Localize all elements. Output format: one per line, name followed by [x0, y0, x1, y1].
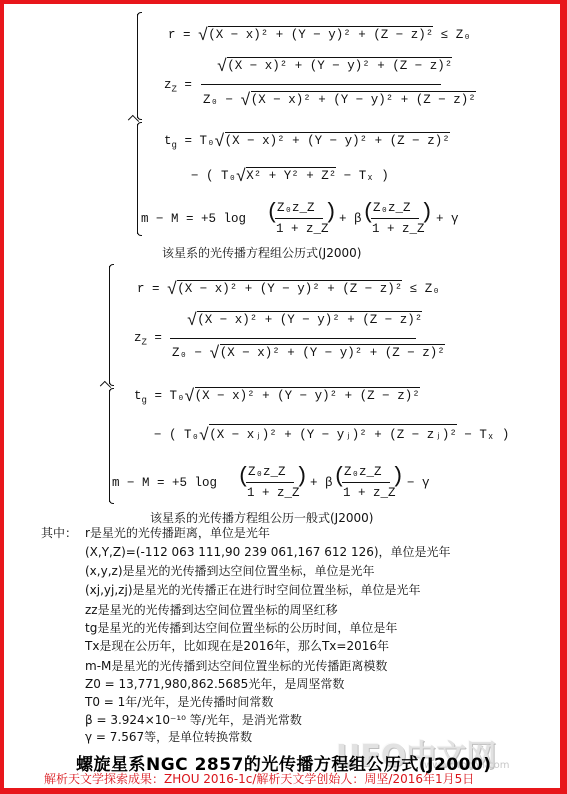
eq1-tg: tg = T₀√(X − x)² + (Y − y)² + (Z − z)²	[164, 132, 450, 152]
eq1-frac1-den: 1 + z_Z	[276, 222, 329, 236]
eq1-r: r = √(X − x)² + (Y − y)² + (Z − z)² ≤ Z₀	[168, 26, 471, 46]
left-brace-bottom	[109, 390, 110, 502]
left-brace-top	[137, 14, 138, 118]
eq2-zz-lhs: zZ =	[134, 331, 162, 348]
definition-item: zz是星光的光传播到达空间位置坐标的周坚红移	[85, 602, 338, 619]
definition-item: β = 3.924×10⁻¹⁰ 等/光年，是消光常数	[85, 712, 302, 729]
eq2-zz-numerator: √(X − x)² + (Y − y)² + (Z − z)²	[187, 311, 422, 331]
eq1-frac2-den: 1 + z_Z	[372, 222, 425, 236]
eq1-zz-fraction-bar	[201, 84, 441, 85]
credit-line: 解析天文学探索成果：ZHOU 2016-1c/解析天文学创始人：周坚/2016年…	[44, 770, 474, 787]
left-brace-top	[109, 266, 110, 384]
system2-caption: 该星系的光传播方程组公历一般式(J2000)	[150, 509, 373, 526]
eq2-frac1-num: Z₀z_Z	[248, 465, 286, 479]
document-page: r = √(X − x)² + (Y − y)² + (Z − z)² ≤ Z₀…	[4, 4, 560, 788]
eq2-frac2-num: Z₀z_Z	[344, 465, 382, 479]
definitions-intro: 其中：	[41, 525, 77, 542]
eq2-tg-line2: − ( T₀√(X − xⱼ)² + (Y − yⱼ)² + (Z − zⱼ)²…	[154, 424, 509, 446]
definition-item: γ = 7.567等，是单位转换常数	[85, 729, 252, 746]
definition-item: tg是星光的光传播到达空间位置坐标的公历时间，单位是年	[85, 620, 397, 637]
eq1-zz-lhs: zZ =	[164, 78, 192, 95]
definition-item: (xj,yj,zj)是星光的光传播正在进行时空间位置坐标，单位是光年	[85, 582, 421, 599]
eq2-zz-fraction-bar	[170, 338, 416, 339]
eq1-distance-modulus: m − M = +5 log	[141, 212, 246, 226]
definition-item: (x,y,z)是星光的光传播到达空间位置坐标，单位是光年	[85, 563, 375, 580]
system1-caption: 该星系的光传播方程组公历式(J2000)	[162, 244, 361, 261]
eq1-zz-numerator: √(X − x)² + (Y − y)² + (Z − z)²	[217, 57, 452, 77]
definition-item: m-M是星光的光传播到达空间位置坐标的光传播距离模数	[85, 658, 387, 675]
definition-item: Tx是现在公历年，比如现在是2016年，那么Tx=2016年	[85, 638, 389, 655]
definition-item: Z0 = 13,771,980,862.5685光年，是周坚常数	[85, 676, 344, 693]
definition-item: T0 = 1年/光年，是光传播时间常数	[85, 694, 273, 711]
eq2-r: r = √(X − x)² + (Y − y)² + (Z − z)² ≤ Z₀	[137, 280, 440, 300]
definition-item: r是星光的光传播距离，单位是光年	[85, 525, 270, 542]
eq1-frac2-num: Z₀z_Z	[373, 201, 411, 215]
eq2-distance-modulus: m − M = +5 log	[112, 476, 217, 490]
eq1-frac1-num: Z₀z_Z	[277, 201, 315, 215]
eq2-tg: tg = T₀√(X − x)² + (Y − y)² + (Z − z)²	[134, 387, 420, 407]
eq1-zz-denominator: Z₀ − √(X − x)² + (Y − y)² + (Z − z)²	[203, 91, 476, 111]
left-brace-bottom	[137, 124, 138, 234]
eq2-frac2-den: 1 + z_Z	[343, 486, 396, 500]
eq1-tg-line2: − ( T₀√X² + Y² + Z² − Tₓ )	[191, 167, 389, 187]
eq2-zz-denominator: Z₀ − √(X − x)² + (Y − y)² + (Z − z)²	[172, 344, 445, 364]
eq2-frac1-den: 1 + z_Z	[247, 486, 300, 500]
definition-item: (X,Y,Z)=(-112 063 111,90 239 061,167 612…	[85, 544, 451, 561]
